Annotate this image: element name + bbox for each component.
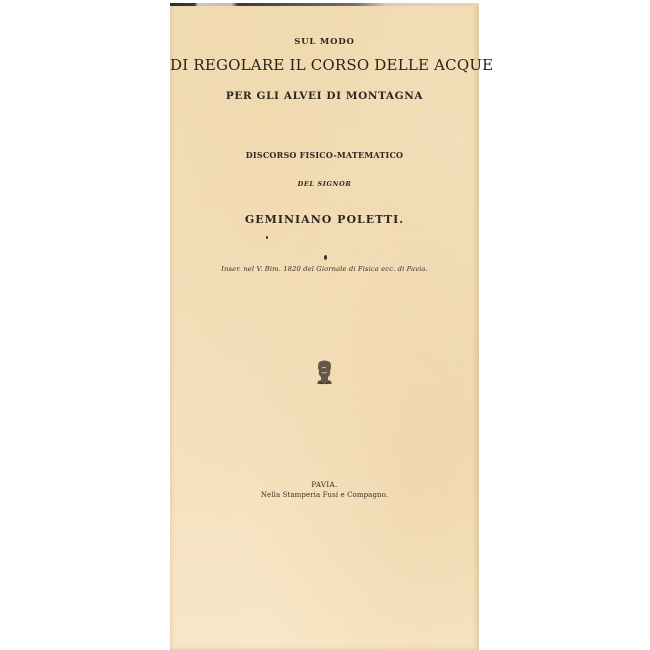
scan-edge-strip — [170, 3, 479, 6]
imprint-place: PAVIA. — [170, 481, 479, 489]
by-line: DEL SIGNOR — [170, 180, 479, 188]
title-page: SUL MODO DI REGOLARE IL CORSO DELLE ACQU… — [170, 3, 479, 650]
genre-line: DISCORSO FISICO-MATEMATICO — [170, 150, 479, 160]
author-name: GEMINIANO POLETTI. — [170, 213, 479, 226]
ink-spot — [324, 255, 327, 260]
title-continuation: PER GLI ALVEI DI MONTAGNA — [170, 90, 479, 102]
main-title: DI REGOLARE IL CORSO DELLE ACQUE — [170, 56, 479, 74]
scan-canvas: SUL MODO DI REGOLARE IL CORSO DELLE ACQU… — [0, 0, 650, 650]
subtitle-sul-modo: SUL MODO — [170, 37, 479, 47]
publication-note: Inser. nel V. Bim. 1820 del Giornale di … — [170, 265, 479, 273]
ink-spot — [266, 236, 268, 239]
imprint-printer: Nella Stamperia Fusi e Compagno. — [170, 491, 479, 499]
printer-vignette-icon — [315, 359, 334, 385]
